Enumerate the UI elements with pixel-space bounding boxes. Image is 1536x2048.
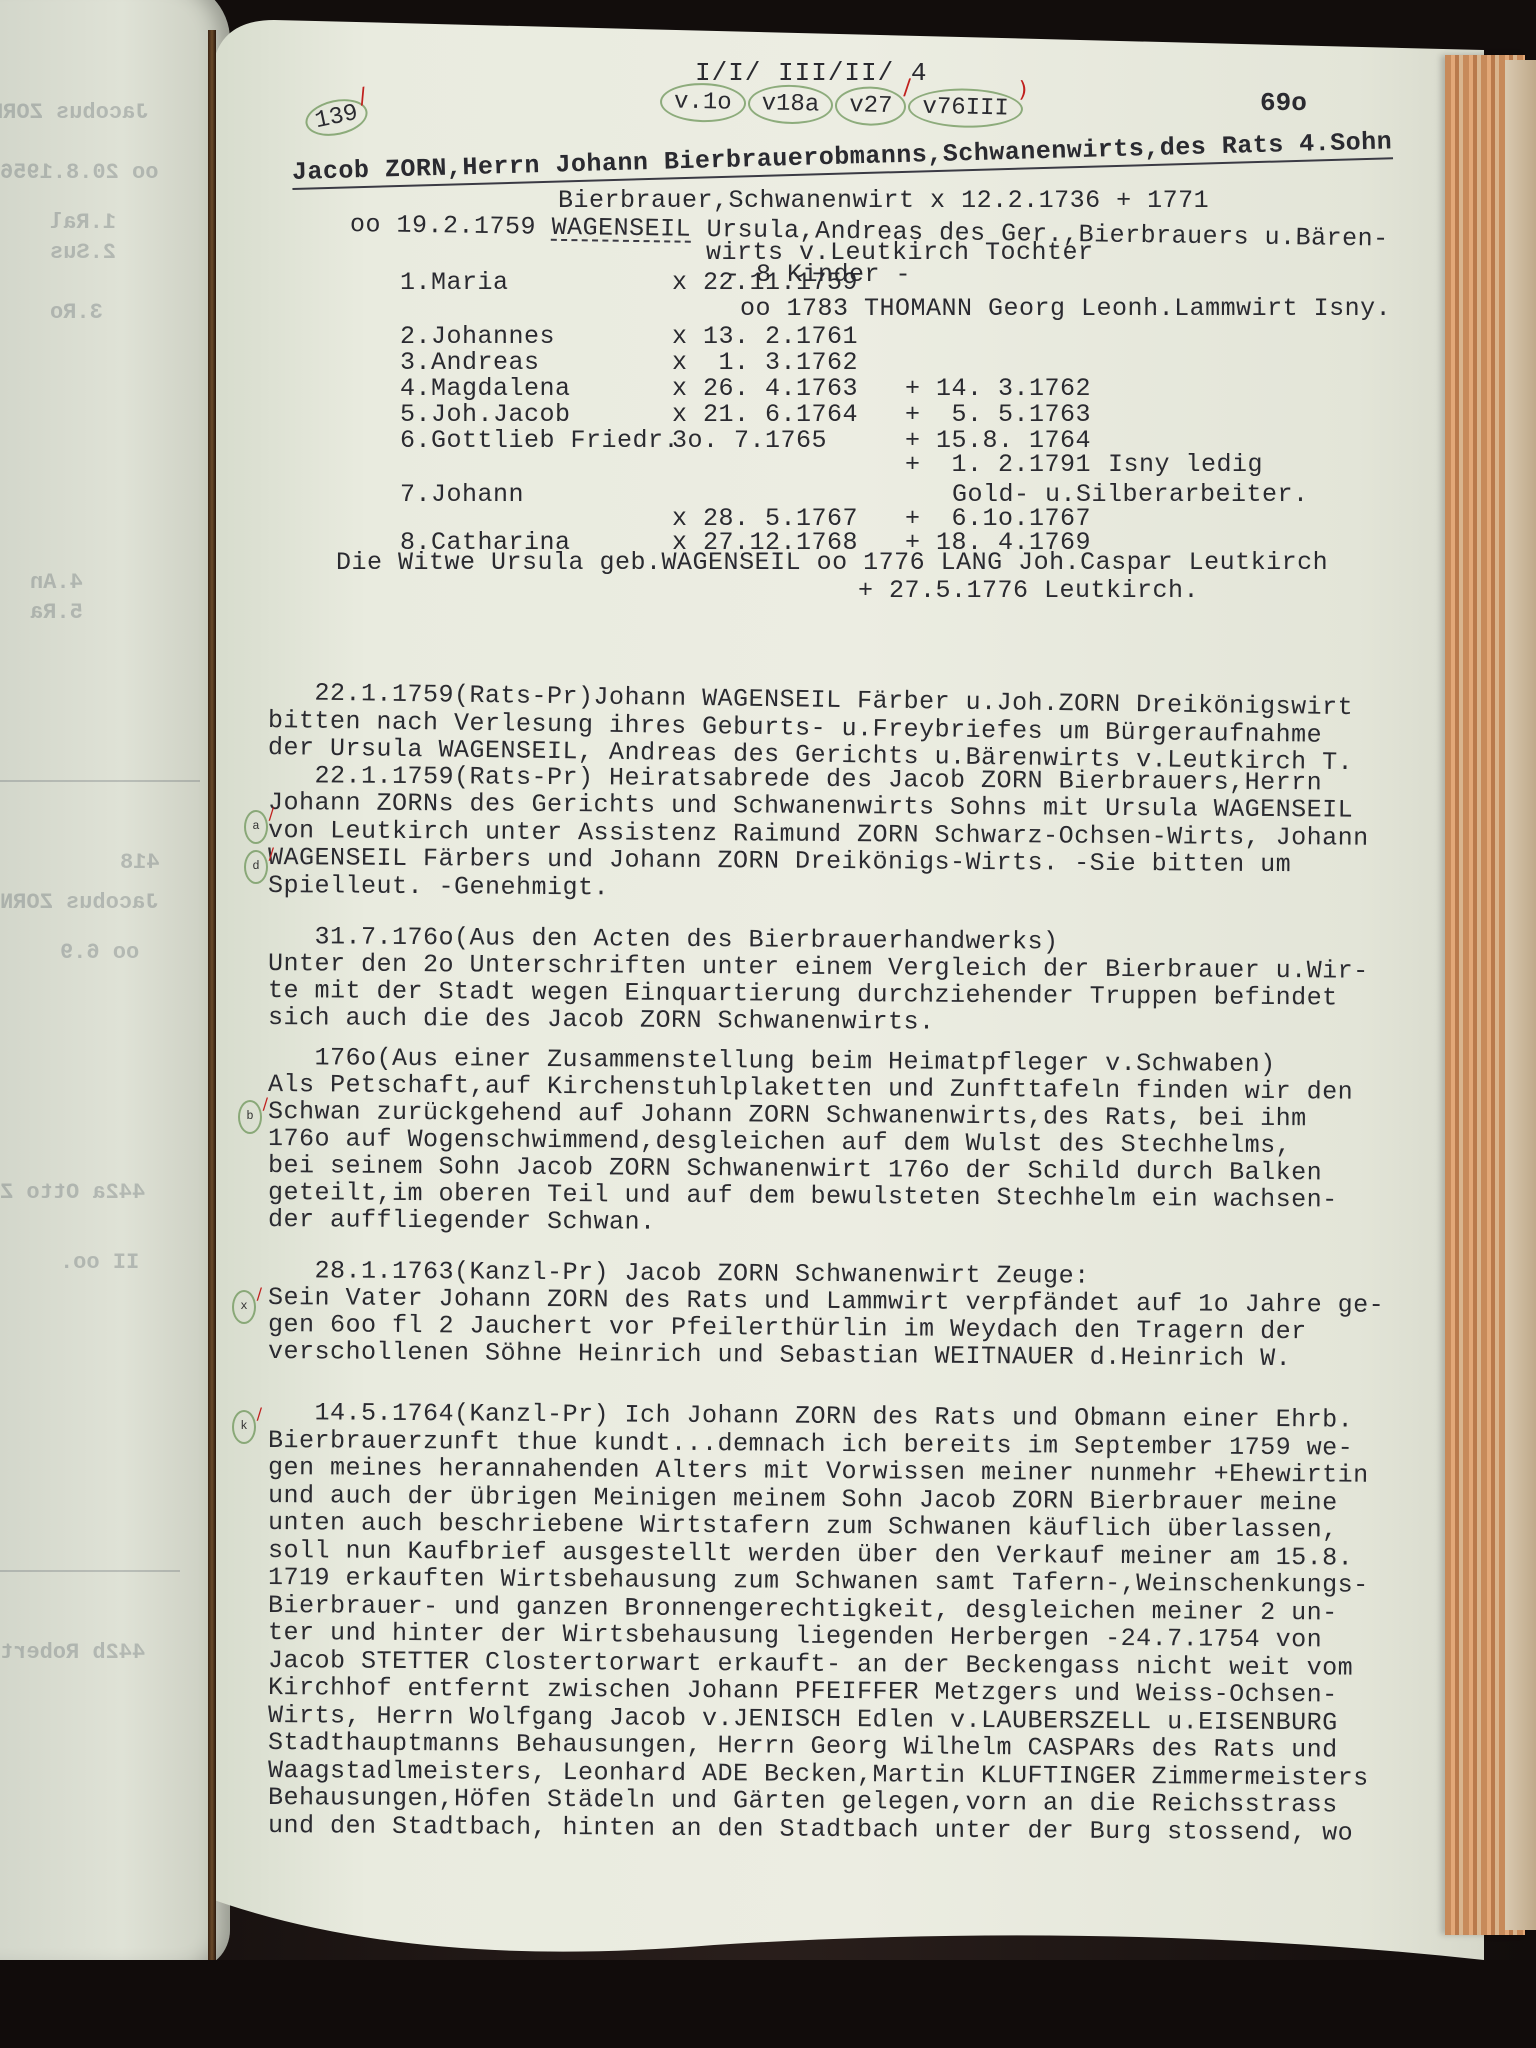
margin-annotation: k/ (232, 1410, 256, 1444)
book-edge (1505, 60, 1536, 1930)
widow-line-2: + 27.5.1776 Leutkirch. (858, 578, 1199, 604)
cross-reference-list: v.1o v18a v27/ v76III) (660, 82, 1024, 129)
child-name: 4.Magdalena (400, 376, 571, 402)
child-born: x 1. 3.1762 (672, 350, 858, 376)
child-died: + 1. 2.1791 (905, 452, 1091, 478)
child-name: 6.Gottlieb Friedr. (400, 428, 679, 454)
bleed-text: 2.Sus (50, 240, 116, 265)
child-born: x 13. 2.1761 (672, 324, 858, 350)
bleed-text: 1.Ral (50, 210, 116, 235)
paragraph-line: sich auch die des Jacob ZORN Schwanenwir… (268, 1005, 935, 1036)
child-born: x 21. 6.1764 (672, 402, 858, 428)
child-note: oo 1783 THOMANN Georg Leonh.Lammwirt Isn… (740, 296, 1391, 322)
paragraph-line: der auffliegender Schwan. (268, 1207, 656, 1236)
red-check-icon: / (263, 1090, 268, 1118)
bleed-text: 442a Otto Z (0, 1180, 145, 1205)
bleed-text: 442b Robert (0, 1640, 145, 1665)
margin-annotation: d/ (244, 850, 268, 884)
margin-annotation: a/ (244, 810, 268, 844)
red-check-icon: / (257, 1280, 262, 1308)
bleed-text: oo 6.9 (60, 940, 139, 965)
red-check-icon: / (257, 1400, 262, 1428)
cross-reference: v.1o (660, 82, 746, 123)
child-name: 5.Joh.Jacob (400, 402, 571, 428)
child-born: x 22.11.1759 (672, 270, 858, 296)
entry-subtitle: Bierbrauer,Schwanenwirt x 12.2.1736 + 17… (558, 188, 1209, 214)
child-name: 2.Johannes (400, 324, 555, 350)
child-born: x 26. 4.1763 (672, 376, 858, 402)
margin-annotation: b/ (238, 1100, 262, 1134)
bleed-text: oo 20.8.1956 (0, 160, 158, 185)
child-note: Isny ledig (1108, 452, 1263, 478)
bleed-text: II oo. (60, 1250, 139, 1275)
bleed-text: 4.An (30, 570, 83, 595)
red-check-icon: / (269, 840, 274, 868)
child-born: 3o. 7.1765 (672, 428, 827, 454)
bleed-text: Jacobus ZORN (0, 890, 158, 915)
child-name: 7.Johann (400, 482, 524, 508)
red-check-icon: / (269, 800, 274, 828)
page-number: 69o (1260, 88, 1307, 118)
margin-annotation: x/ (232, 1290, 256, 1324)
bleed-text: 3.Ro (50, 300, 103, 325)
paragraph-line: und den Stadtbach, hinten an den Stadtba… (268, 1813, 1353, 1847)
bleed-text: 418 (120, 850, 160, 875)
child-died: + 5. 5.1763 (905, 402, 1091, 428)
child-name: 3.Andreas (400, 350, 540, 376)
red-check-icon: / (903, 75, 911, 100)
cross-reference: v18a (747, 84, 833, 125)
book-gutter (208, 30, 216, 1970)
child-died: + 14. 3.1762 (905, 376, 1091, 402)
left-page: Jacobus ZORN oo 20.8.1956 1.Ral 2.Sus 3.… (0, 0, 230, 1970)
bleed-text: 5.Ra (30, 600, 83, 625)
cross-reference: v76III) (908, 87, 1023, 128)
widow-line: Die Witwe Ursula geb.WAGENSEIL oo 1776 L… (336, 550, 1328, 576)
paragraph-line: Spielleut. -Genehmigt. (268, 873, 609, 901)
red-check-icon: ) (1018, 78, 1027, 103)
cross-reference: v27/ (835, 86, 907, 126)
table-surface (0, 1960, 1536, 2048)
child-name: 1.Maria (400, 270, 509, 296)
bleed-text: Jacobus ZORN (0, 100, 148, 125)
